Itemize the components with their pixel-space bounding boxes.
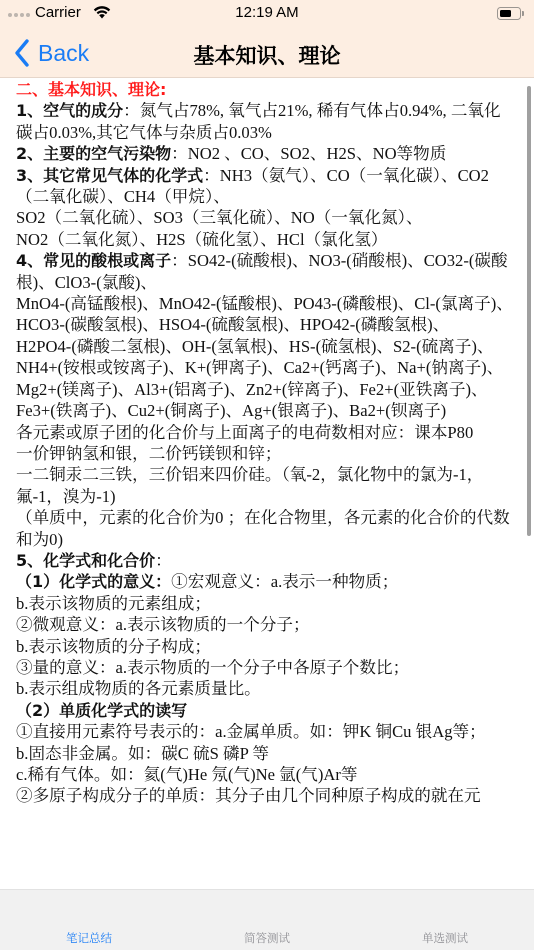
- text-line: ③量的意义：a.表示物质的一个分子中各原子个数比；: [16, 657, 516, 678]
- text-line: ①直接用元素符号表示的：a.金属单质。如：钾K 铜Cu 银Ag等；: [16, 721, 516, 742]
- tab-short-answer-test[interactable]: 简答测试: [178, 890, 356, 950]
- tab-notes-summary[interactable]: 笔记总结: [0, 890, 178, 950]
- paragraph-air-composition: 1、空气的成分：氮气占78%, 氧气占21%, 稀有气体占0.94%, 二氧化碳…: [16, 100, 516, 143]
- tab-single-choice-test[interactable]: 单选测试: [356, 890, 534, 950]
- vertical-scrollbar[interactable]: [527, 86, 531, 536]
- section-heading: 二、基本知识、理论:: [16, 80, 166, 99]
- header-area: Carrier 12:19 AM Back 基本知识、理论: [0, 0, 534, 78]
- text-line: SO2（二氧化硫）、SO3（三氧化硫）、NO（一氧化氮）、: [16, 207, 516, 228]
- status-bar: Carrier 12:19 AM: [0, 0, 534, 28]
- text-line: H2PO4-(磷酸二氢根)、OH-(氢氧根)、HS-(硫氢根)、S2-(硫离子)…: [16, 336, 516, 357]
- text-line: HCO3-(碳酸氢根)、HSO4-(硫酸氢根)、HPO42-(磷酸氢根)、: [16, 314, 516, 335]
- battery-icon: [497, 7, 524, 20]
- paragraph-gas-formulas: 3、其它常见气体的化学式：NH3（氨气）、CO（一氧化碳）、CO2（二氧化碳）、…: [16, 165, 516, 208]
- subheading: （2）单质化学式的读写: [16, 700, 516, 721]
- text-line: b.表示该物质的元素组成；: [16, 593, 516, 614]
- text-line: MnO4-(高锰酸根)、MnO42-(锰酸根)、PO43-(磷酸根)、Cl-(氯…: [16, 293, 516, 314]
- text-line: 一价钾钠氢和银，二价钙镁钡和锌；: [16, 443, 516, 464]
- text-line: b.表示该物质的分子构成；: [16, 636, 516, 657]
- text-line: ②多原子构成分子的单质：其分子由几个同种原子构成的就在元: [16, 785, 516, 806]
- text-line: （单质中，元素的化合价为0 ；在化合物里，各元素的化合价的代数和为0): [16, 507, 516, 550]
- text-line: Fe3+(铁离子)、Cu2+(铜离子)、Ag+(银离子)、Ba2+(钡离子): [16, 400, 516, 421]
- paragraph-formula-valence: 5、化学式和化合价：: [16, 550, 516, 571]
- text-line: ②微观意义：a.表示该物质的一个分子；: [16, 614, 516, 635]
- notes-scroll-view[interactable]: 二、基本知识、理论: 1、空气的成分：氮气占78%, 氧气占21%, 稀有气体占…: [0, 79, 534, 889]
- text-line: c.稀有气体。如：氦(气)He 氖(气)Ne 氩(气)Ar等: [16, 764, 516, 785]
- notes-article: 二、基本知识、理论: 1、空气的成分：氮气占78%, 氧气占21%, 稀有气体占…: [0, 79, 534, 807]
- text-line: （1）化学式的意义：①宏观意义：a.表示一种物质；: [16, 571, 516, 592]
- status-time: 12:19 AM: [0, 4, 534, 21]
- paragraph-acid-radicals: 4、常见的酸根或离子：SO42-(硫酸根)、NO3-(硝酸根)、CO32-(碳酸…: [16, 250, 516, 293]
- navigation-bar: Back 基本知识、理论: [0, 28, 534, 78]
- paragraph-air-pollutants: 2、主要的空气污染物：NO2 、CO、SO2、H2S、NO等物质: [16, 143, 516, 164]
- text-line: b.表示组成物质的各元素质量比。: [16, 678, 516, 699]
- text-line: 各元素或原子团的化合价与上面离子的电荷数相对应：课本P80: [16, 422, 516, 443]
- text-line: b.固态非金属。如：碳C 硫S 磷P 等: [16, 743, 516, 764]
- text-line: 一二铜汞二三铁，三价铝来四价硅。（氧-2，氯化物中的氯为-1，氟-1，溴为-1): [16, 464, 516, 507]
- text-line: NH4+(铵根或铵离子)、K+(钾离子)、Ca2+(钙离子)、Na+(钠离子)、: [16, 357, 516, 378]
- tab-label: 笔记总结: [0, 930, 178, 946]
- tab-bar: 笔记总结 简答测试 单选测试: [0, 889, 534, 950]
- text-line: NO2（二氧化氮）、H2S（硫化氢）、HCl（氯化氢）: [16, 229, 516, 250]
- text-line: Mg2+(镁离子)、Al3+(铝离子)、Zn2+(锌离子)、Fe2+(亚铁离子)…: [16, 379, 516, 400]
- tab-label: 单选测试: [356, 930, 534, 946]
- tab-label: 简答测试: [178, 930, 356, 946]
- page-title: 基本知识、理论: [0, 40, 534, 70]
